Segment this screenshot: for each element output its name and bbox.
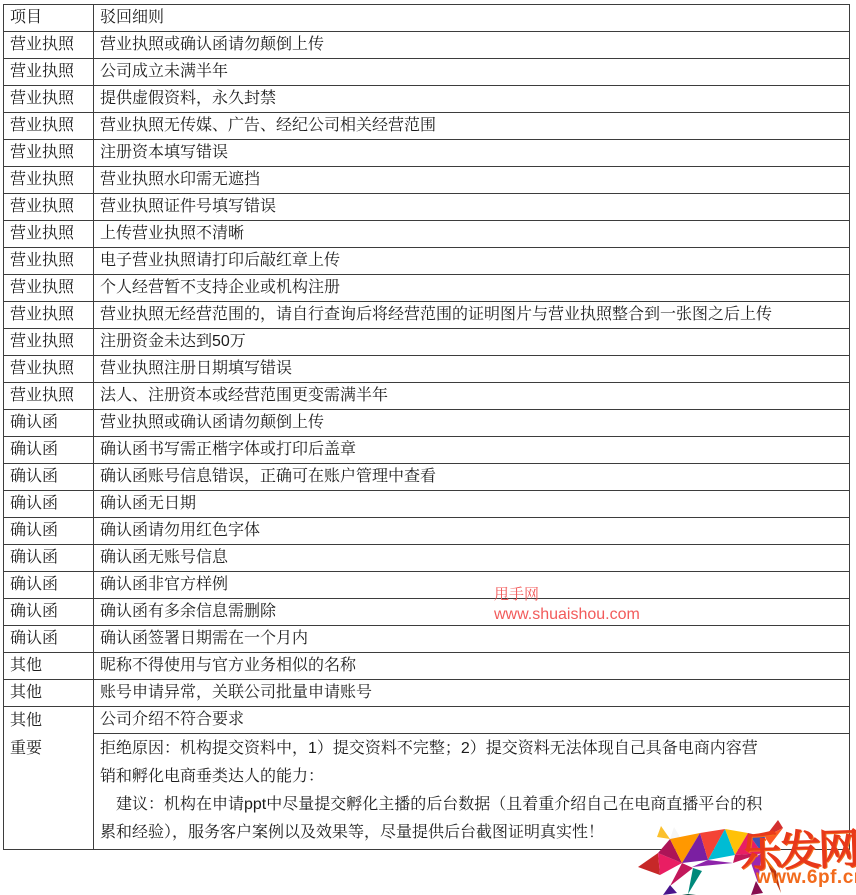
row-item-cell: 营业执照 bbox=[4, 86, 94, 113]
row-detail-cell: 账号申请异常，关联公司批量申请账号 bbox=[94, 680, 850, 707]
row-item-cell: 确认函 bbox=[4, 572, 94, 599]
row-item-cell: 营业执照 bbox=[4, 221, 94, 248]
row-detail-cell: 电子营业执照请打印后敲红章上传 bbox=[94, 248, 850, 275]
table-row: 确认函 确认函非官方样例 bbox=[4, 572, 850, 599]
row-item-cell: 确认函 bbox=[4, 491, 94, 518]
row-item-cell: 营业执照 bbox=[4, 32, 94, 59]
table-row: 营业执照 注册资金未达到50万 bbox=[4, 329, 850, 356]
row-item-cell: 营业执照 bbox=[4, 356, 94, 383]
table-row: 确认函 确认函账号信息错误，正确可在账户管理中查看 bbox=[4, 464, 850, 491]
row-item-cell: 营业执照 bbox=[4, 275, 94, 302]
important-line-3: 建议：机构在申请ppt中尽量提交孵化主播的后台数据（且着重介绍自己在电商直播平台… bbox=[100, 791, 843, 819]
table-row: 其他 昵称不得使用与官方业务相似的名称 bbox=[4, 653, 850, 680]
row-item-cell: 确认函 bbox=[4, 410, 94, 437]
table-row: 确认函 确认函书写需正楷字体或打印后盖章 bbox=[4, 437, 850, 464]
table-row: 营业执照 营业执照或确认函请勿颠倒上传 bbox=[4, 32, 850, 59]
row-detail-cell: 注册资金未达到50万 bbox=[94, 329, 850, 356]
row-item-cell: 确认函 bbox=[4, 464, 94, 491]
table-row: 营业执照 注册资本填写错误 bbox=[4, 140, 850, 167]
important-detail-cell: 拒绝原因：机构提交资料中，1）提交资料不完整；2）提交资料无法体现自己具备电商内… bbox=[94, 734, 850, 850]
tail-item-important: 重要 bbox=[4, 735, 93, 763]
table-row: 营业执照 电子营业执照请打印后敲红章上传 bbox=[4, 248, 850, 275]
row-detail-cell: 确认函无日期 bbox=[94, 491, 850, 518]
rejection-rules-table: 项目 驳回细则 营业执照 营业执照或确认函请勿颠倒上传 营业执照 公司成立未满半… bbox=[3, 4, 850, 850]
row-item-cell: 营业执照 bbox=[4, 113, 94, 140]
row-detail-cell: 营业执照水印需无遮挡 bbox=[94, 167, 850, 194]
row-detail-cell: 营业执照或确认函请勿颠倒上传 bbox=[94, 32, 850, 59]
row-detail-cell: 营业执照无传媒、广告、经纪公司相关经营范围 bbox=[94, 113, 850, 140]
table-row: 确认函 确认函有多余信息需删除 bbox=[4, 599, 850, 626]
table-row: 确认函 确认函请勿用红色字体 bbox=[4, 518, 850, 545]
row-detail-cell: 营业执照无经营范围的，请自行查询后将经营范围的证明图片与营业执照整合到一张图之后… bbox=[94, 302, 850, 329]
table-row: 营业执照 公司成立未满半年 bbox=[4, 59, 850, 86]
lefa-url: www.6pf.cn bbox=[756, 867, 856, 889]
row-detail-cell: 确认函非官方样例 bbox=[94, 572, 850, 599]
row-detail-cell: 昵称不得使用与官方业务相似的名称 bbox=[94, 653, 850, 680]
table-row: 营业执照 提供虚假资料，永久封禁 bbox=[4, 86, 850, 113]
row-detail-cell: 法人、注册资本或经营范围更变需满半年 bbox=[94, 383, 850, 410]
table-row: 营业执照 营业执照证件号填写错误 bbox=[4, 194, 850, 221]
row-detail-cell: 个人经营暂不支持企业或机构注册 bbox=[94, 275, 850, 302]
row-detail-cell: 营业执照或确认函请勿颠倒上传 bbox=[94, 410, 850, 437]
row-item-cell: 确认函 bbox=[4, 518, 94, 545]
row-detail-cell: 公司成立未满半年 bbox=[94, 59, 850, 86]
table-row: 营业执照 营业执照注册日期填写错误 bbox=[4, 356, 850, 383]
table-body: 项目 驳回细则 营业执照 营业执照或确认函请勿颠倒上传 营业执照 公司成立未满半… bbox=[4, 5, 850, 850]
row-detail-cell: 营业执照证件号填写错误 bbox=[94, 194, 850, 221]
row-detail-cell: 注册资本填写错误 bbox=[94, 140, 850, 167]
row-detail-cell: 提供虚假资料，永久封禁 bbox=[94, 86, 850, 113]
row-detail-cell: 确认函书写需正楷字体或打印后盖章 bbox=[94, 437, 850, 464]
important-line-1: 拒绝原因：机构提交资料中，1）提交资料不完整；2）提交资料无法体现自己具备电商内… bbox=[100, 735, 843, 763]
table-row: 确认函 确认函无日期 bbox=[4, 491, 850, 518]
row-item-cell: 营业执照 bbox=[4, 59, 94, 86]
row-item-cell: 其他 bbox=[4, 680, 94, 707]
tail-item-cell: 其他 重要 bbox=[4, 707, 94, 850]
row-detail-cell: 确认函账号信息错误，正确可在账户管理中查看 bbox=[94, 464, 850, 491]
table-row: 营业执照 上传营业执照不清晰 bbox=[4, 221, 850, 248]
tail-row-important: 拒绝原因：机构提交资料中，1）提交资料不完整；2）提交资料无法体现自己具备电商内… bbox=[4, 734, 850, 850]
row-detail-cell: 确认函请勿用红色字体 bbox=[94, 518, 850, 545]
header-row: 项目 驳回细则 bbox=[4, 5, 850, 32]
row-detail-cell: 营业执照注册日期填写错误 bbox=[94, 356, 850, 383]
row-item-cell: 确认函 bbox=[4, 545, 94, 572]
header-detail: 驳回细则 bbox=[94, 5, 850, 32]
table-row: 营业执照 营业执照无经营范围的，请自行查询后将经营范围的证明图片与营业执照整合到… bbox=[4, 302, 850, 329]
table-row: 营业执照 营业执照无传媒、广告、经纪公司相关经营范围 bbox=[4, 113, 850, 140]
row-item-cell: 营业执照 bbox=[4, 329, 94, 356]
tail-item-other: 其他 bbox=[4, 707, 93, 735]
table-row: 营业执照 营业执照水印需无遮挡 bbox=[4, 167, 850, 194]
row-detail-cell: 确认函有多余信息需删除 bbox=[94, 599, 850, 626]
important-line-2: 销和孵化电商垂类达人的能力： bbox=[100, 763, 843, 791]
tail-row-other: 其他 重要 公司介绍不符合要求 bbox=[4, 707, 850, 734]
tail-detail-other: 公司介绍不符合要求 bbox=[94, 707, 850, 734]
row-item-cell: 营业执照 bbox=[4, 167, 94, 194]
row-item-cell: 营业执照 bbox=[4, 383, 94, 410]
row-item-cell: 确认函 bbox=[4, 626, 94, 653]
table-row: 营业执照 个人经营暂不支持企业或机构注册 bbox=[4, 275, 850, 302]
page: { "page": { "background": "#ffffff" }, "… bbox=[0, 0, 856, 895]
row-item-cell: 营业执照 bbox=[4, 194, 94, 221]
table-row: 营业执照 法人、注册资本或经营范围更变需满半年 bbox=[4, 383, 850, 410]
row-item-cell: 确认函 bbox=[4, 437, 94, 464]
row-detail-cell: 确认函无账号信息 bbox=[94, 545, 850, 572]
row-detail-cell: 上传营业执照不清晰 bbox=[94, 221, 850, 248]
table-row: 确认函 确认函无账号信息 bbox=[4, 545, 850, 572]
important-line-4: 累和经验），服务客户案例以及效果等，尽量提供后台截图证明真实性！ bbox=[100, 819, 843, 847]
table-row: 确认函 营业执照或确认函请勿颠倒上传 bbox=[4, 410, 850, 437]
row-detail-cell: 确认函签署日期需在一个月内 bbox=[94, 626, 850, 653]
row-item-cell: 确认函 bbox=[4, 599, 94, 626]
row-item-cell: 其他 bbox=[4, 653, 94, 680]
row-item-cell: 营业执照 bbox=[4, 302, 94, 329]
row-item-cell: 营业执照 bbox=[4, 140, 94, 167]
row-item-cell: 营业执照 bbox=[4, 248, 94, 275]
header-item: 项目 bbox=[4, 5, 94, 32]
table-row: 确认函 确认函签署日期需在一个月内 bbox=[4, 626, 850, 653]
table-row: 其他 账号申请异常，关联公司批量申请账号 bbox=[4, 680, 850, 707]
